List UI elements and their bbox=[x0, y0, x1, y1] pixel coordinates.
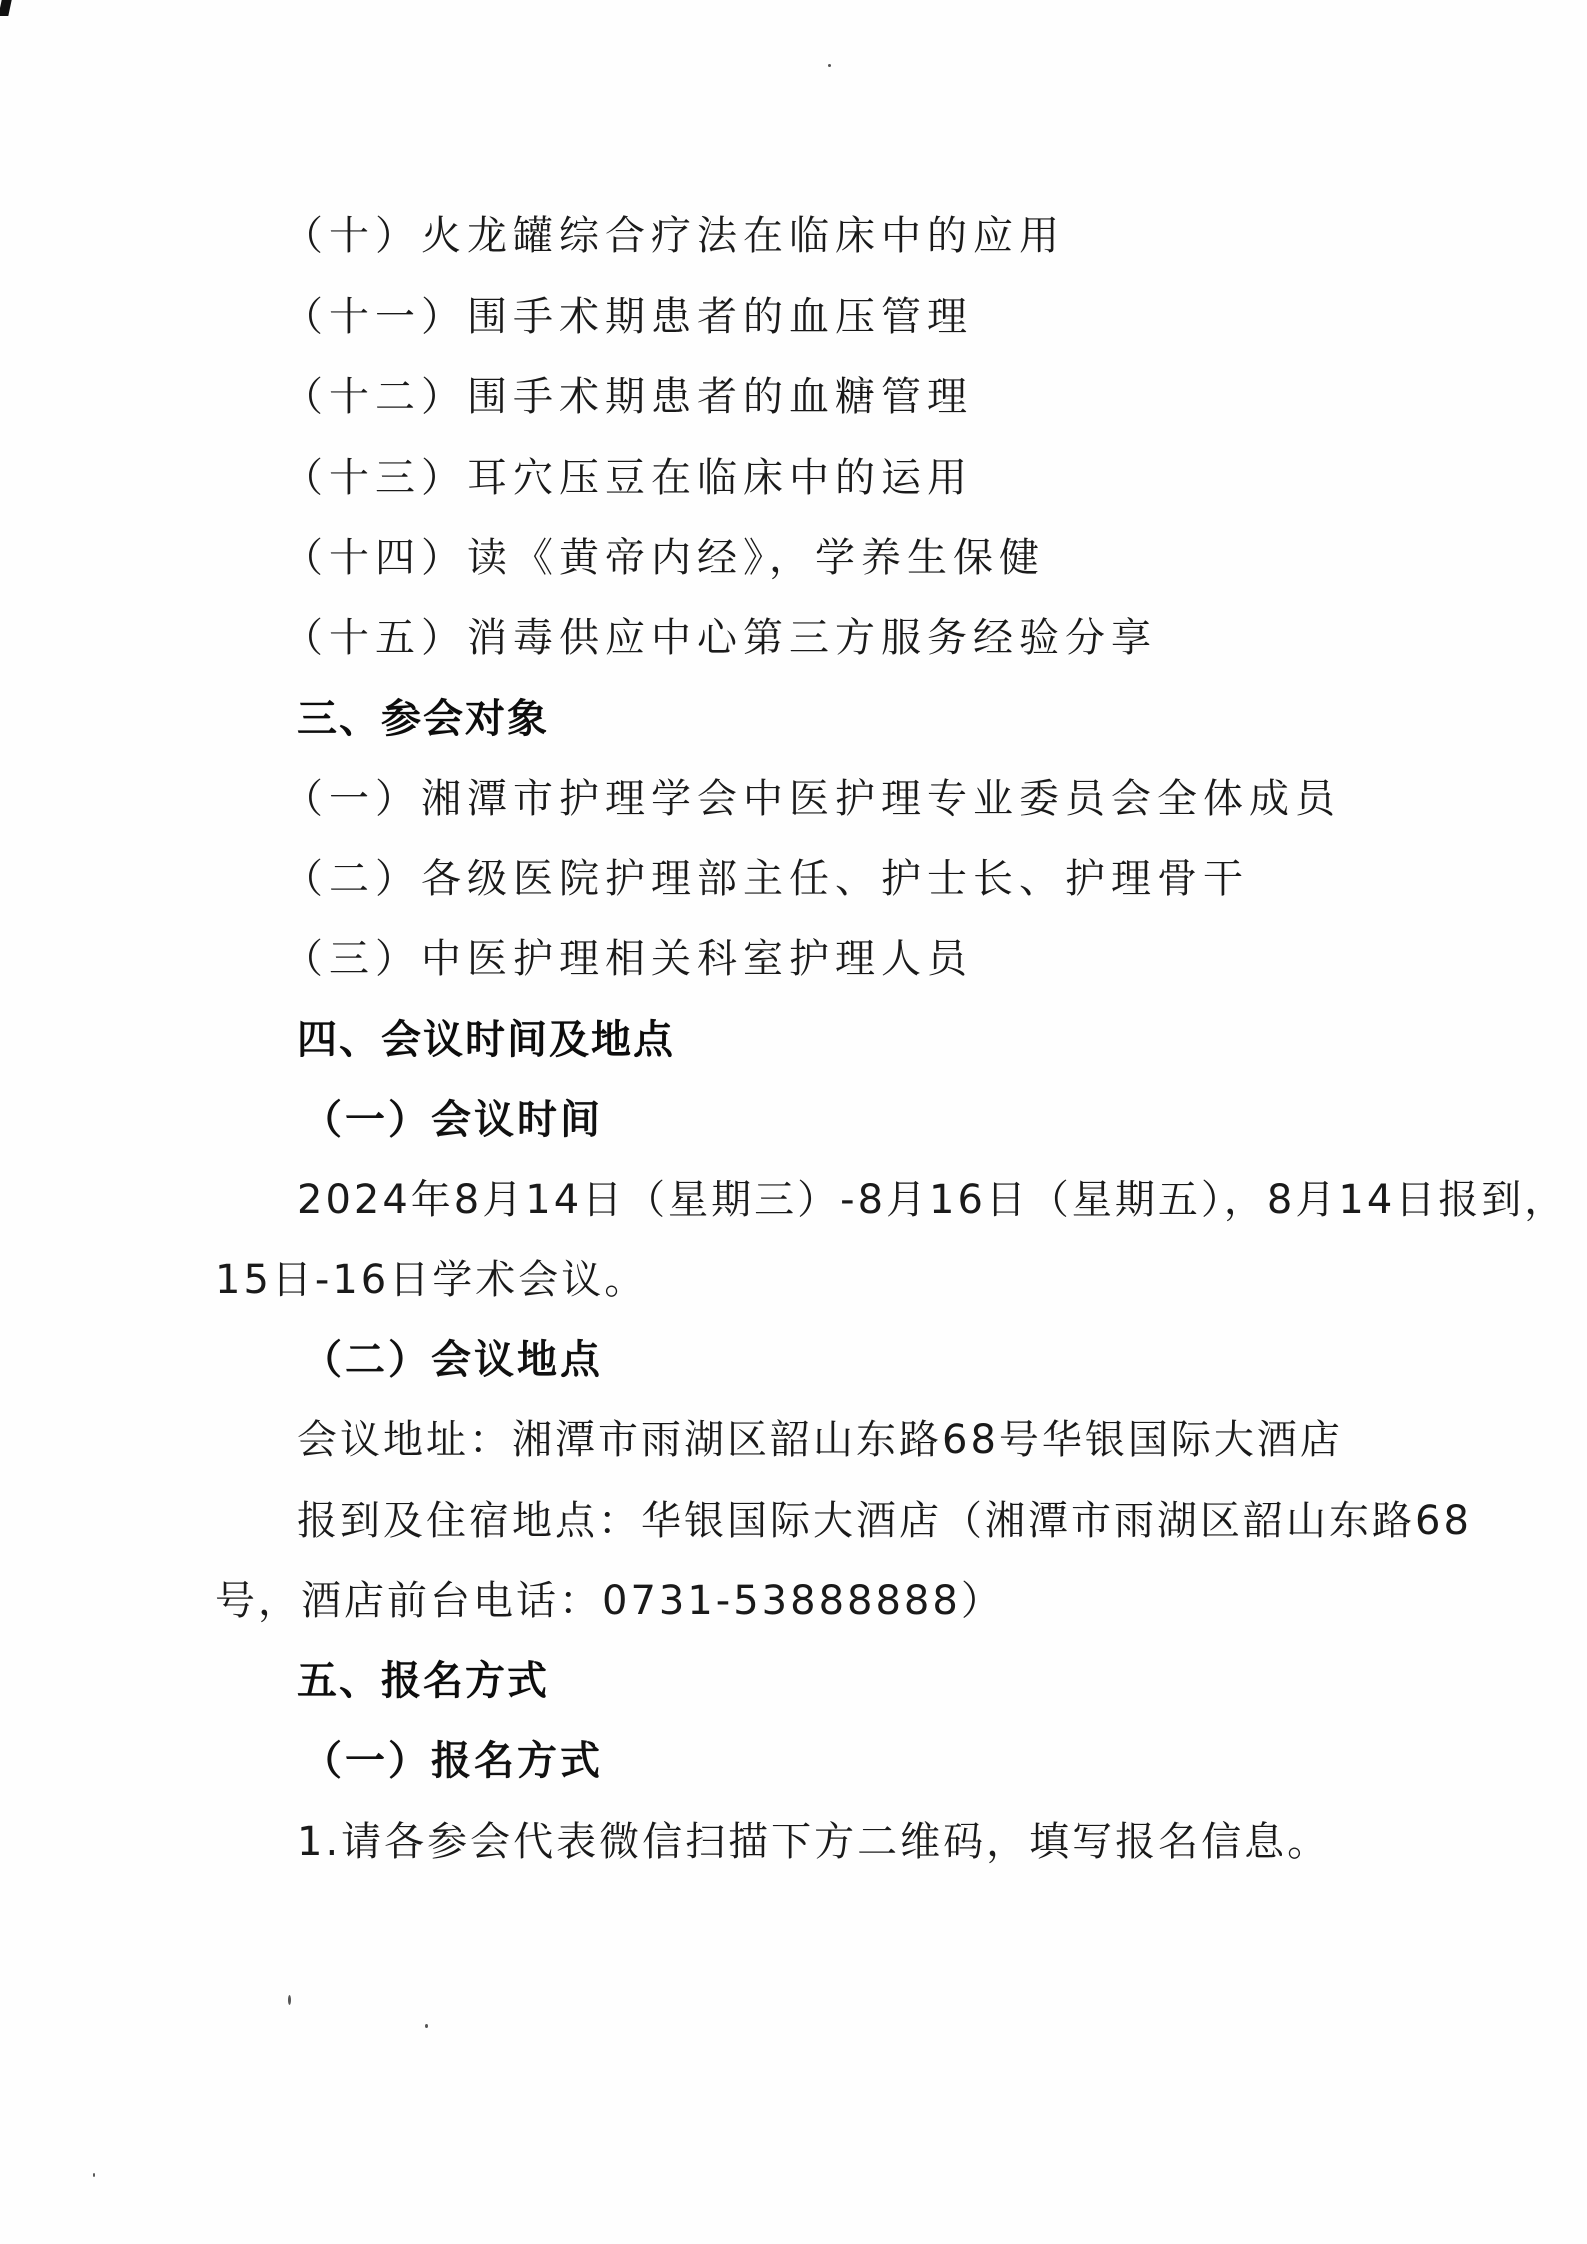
list-marker: （二） bbox=[283, 856, 421, 902]
list-item-13: （十三）耳穴压豆在临床中的运用 bbox=[283, 450, 973, 506]
list-text: 读《黄帝内经》，学养生保健 bbox=[467, 535, 1045, 581]
scan-speck bbox=[288, 1995, 291, 2005]
list-marker: （十三） bbox=[283, 455, 467, 501]
subheading-meeting-time: （一）会议时间 bbox=[302, 1092, 603, 1148]
meeting-address: 会议地址：湘潭市雨湖区韶山东路68号华银国际大酒店 bbox=[297, 1412, 1343, 1468]
checkin-location-line-1: 报到及住宿地点：华银国际大酒店（湘潭市雨湖区韶山东路68 bbox=[297, 1493, 1472, 1549]
list-marker: （十五） bbox=[283, 615, 467, 661]
scan-speck bbox=[93, 2173, 95, 2177]
scan-corner-mark bbox=[0, 0, 12, 16]
list-text: 各级医院护理部主任、护士长、护理骨干 bbox=[421, 856, 1249, 902]
list-item-12: （十二）围手术期患者的血糖管理 bbox=[283, 369, 973, 425]
list-item-14: （十四）读《黄帝内经》，学养生保健 bbox=[283, 530, 1045, 586]
scan-speck bbox=[425, 2024, 428, 2028]
subheading-meeting-venue: （二）会议地点 bbox=[302, 1332, 603, 1388]
list-text: 耳穴压豆在临床中的运用 bbox=[467, 455, 973, 501]
list-marker: （十一） bbox=[283, 294, 467, 340]
checkin-location-line-2: 号，酒店前台电话：0731-53888888） bbox=[215, 1573, 1004, 1629]
section-heading-registration: 五、报名方式 bbox=[297, 1653, 549, 1709]
list-item-15: （十五）消毒供应中心第三方服务经验分享 bbox=[283, 610, 1157, 666]
subheading-registration-method: （一）报名方式 bbox=[302, 1733, 603, 1789]
list-marker: （十） bbox=[283, 213, 421, 259]
section-heading-participants: 三、参会对象 bbox=[297, 691, 549, 747]
list-text: 湘潭市护理学会中医护理专业委员会全体成员 bbox=[421, 776, 1341, 822]
list-marker: （十二） bbox=[283, 374, 467, 420]
list-marker: （十四） bbox=[283, 535, 467, 581]
registration-instruction-1: 1.请各参会代表微信扫描下方二维码，填写报名信息。 bbox=[297, 1814, 1330, 1870]
list-marker: （三） bbox=[283, 936, 421, 982]
participant-item-3: （三）中医护理相关科室护理人员 bbox=[283, 931, 973, 987]
list-marker: （一） bbox=[283, 776, 421, 822]
list-item-11: （十一）围手术期患者的血压管理 bbox=[283, 289, 973, 345]
list-text: 中医护理相关科室护理人员 bbox=[421, 936, 973, 982]
scanned-document-page: （十）火龙罐综合疗法在临床中的应用 （十一）围手术期患者的血压管理 （十二）围手… bbox=[0, 0, 1587, 2244]
participant-item-2: （二）各级医院护理部主任、护士长、护理骨干 bbox=[283, 851, 1249, 907]
list-text: 消毒供应中心第三方服务经验分享 bbox=[467, 615, 1157, 661]
list-text: 围手术期患者的血糖管理 bbox=[467, 374, 973, 420]
meeting-time-line-1: 2024年8月14日（星期三）-8月16日（星期五），8月14日报到， bbox=[297, 1172, 1567, 1228]
participant-item-1: （一）湘潭市护理学会中医护理专业委员会全体成员 bbox=[283, 771, 1341, 827]
section-heading-time-venue: 四、会议时间及地点 bbox=[297, 1012, 675, 1068]
list-text: 火龙罐综合疗法在临床中的应用 bbox=[421, 213, 1065, 259]
list-text: 围手术期患者的血压管理 bbox=[467, 294, 973, 340]
list-item-10: （十）火龙罐综合疗法在临床中的应用 bbox=[283, 208, 1065, 264]
meeting-time-line-2: 15日-16日学术会议。 bbox=[215, 1252, 647, 1308]
scan-speck bbox=[828, 64, 831, 67]
